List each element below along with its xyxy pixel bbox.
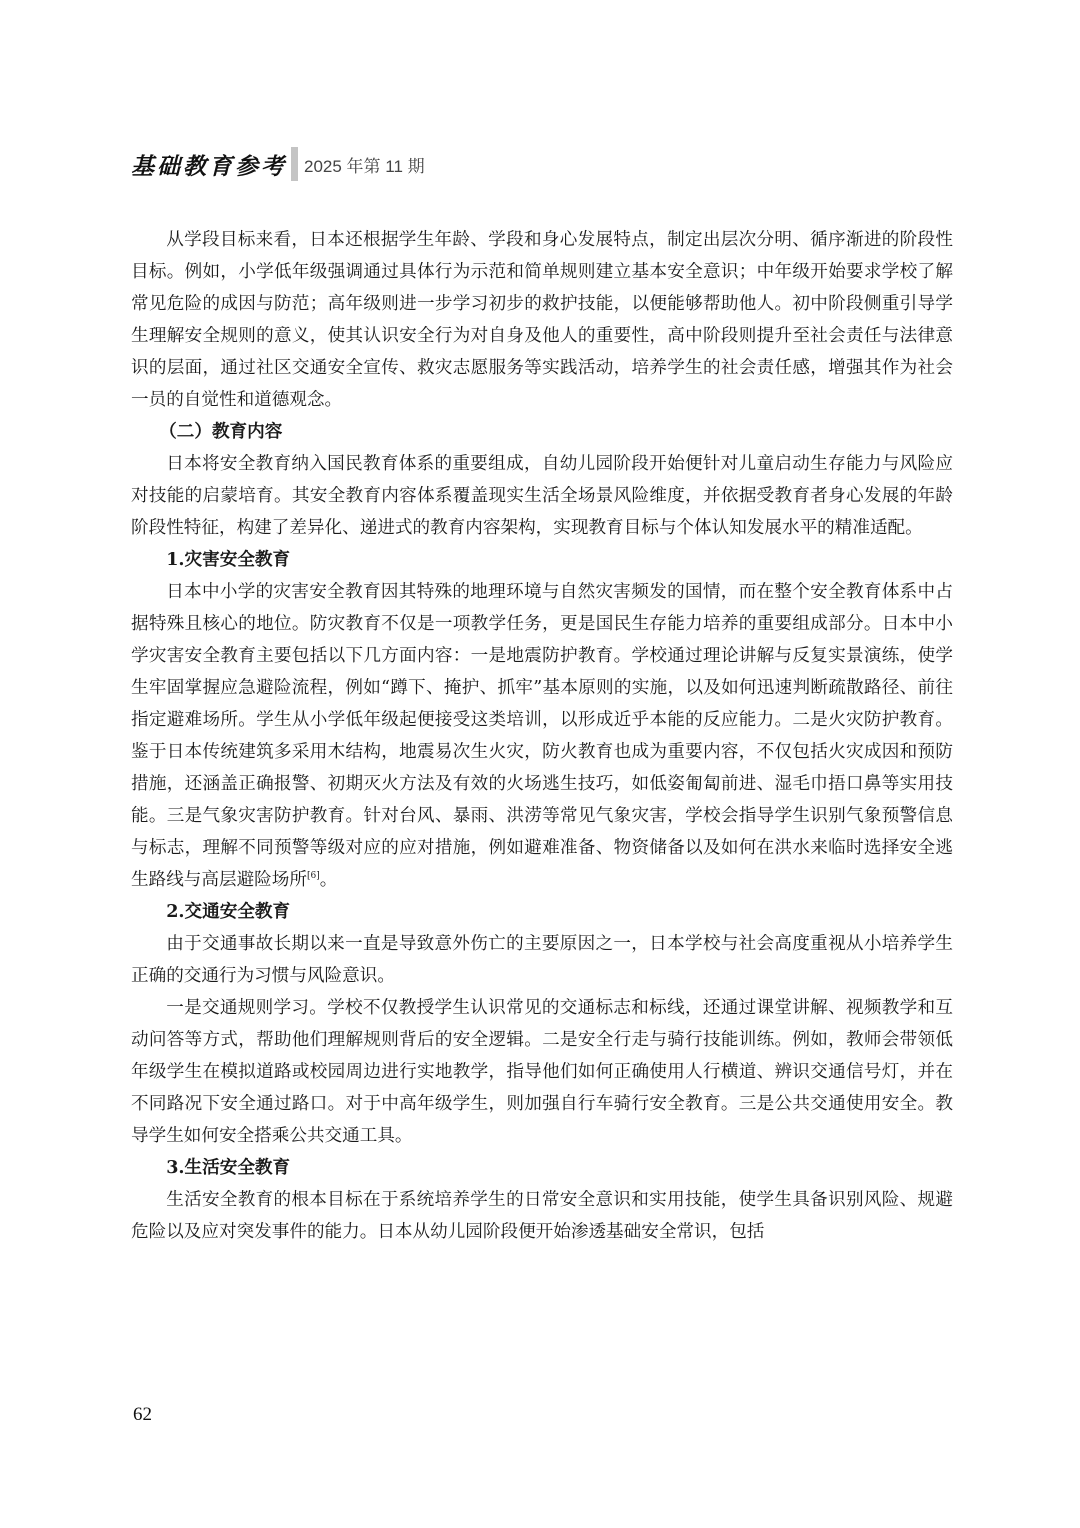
subheading-traffic-safety: 2.交通安全教育	[131, 896, 953, 928]
citation-ref: [6]	[307, 871, 320, 881]
paragraph-stage-goals: 从学段目标来看，日本还根据学生年龄、学段和身心发展特点，制定出层次分明、循序渐进…	[131, 224, 953, 416]
subheading-life-safety: 3.生活安全教育	[131, 1152, 953, 1184]
issue-label: 2025 年第 11 期	[304, 152, 425, 177]
article-body: 从学段目标来看，日本还根据学生年龄、学段和身心发展特点，制定出层次分明、循序渐进…	[131, 224, 953, 1248]
paragraph-life-safety: 生活安全教育的根本目标在于系统培养学生的日常安全意识和实用技能，使学生具备识别风…	[131, 1184, 953, 1248]
journal-name: 基础教育参考	[131, 148, 287, 181]
paragraph-education-content: 日本将安全教育纳入国民教育体系的重要组成，自幼儿园阶段开始便针对儿童启动生存能力…	[131, 448, 953, 544]
subheading-disaster-safety: 1.灾害安全教育	[131, 544, 953, 576]
paragraph-traffic-intro: 由于交通事故长期以来一直是导致意外伤亡的主要原因之一，日本学校与社会高度重视从小…	[131, 928, 953, 992]
paragraph-disaster-end: 。	[320, 870, 338, 890]
running-header: 基础教育参考 2025 年第 11 期	[131, 146, 425, 182]
section-heading-education-content: （二）教育内容	[131, 416, 953, 448]
paragraph-disaster-text: 日本中小学的灾害安全教育因其特殊的地理环境与自然灾害频发的国情，而在整个安全教育…	[131, 582, 953, 890]
paragraph-traffic-details: 一是交通规则学习。学校不仅教授学生认识常见的交通标志和标线，还通过课堂讲解、视频…	[131, 992, 953, 1152]
paragraph-disaster-safety: 日本中小学的灾害安全教育因其特殊的地理环境与自然灾害频发的国情，而在整个安全教育…	[131, 576, 953, 896]
page-number: 62	[133, 1404, 152, 1426]
header-divider	[291, 147, 298, 181]
